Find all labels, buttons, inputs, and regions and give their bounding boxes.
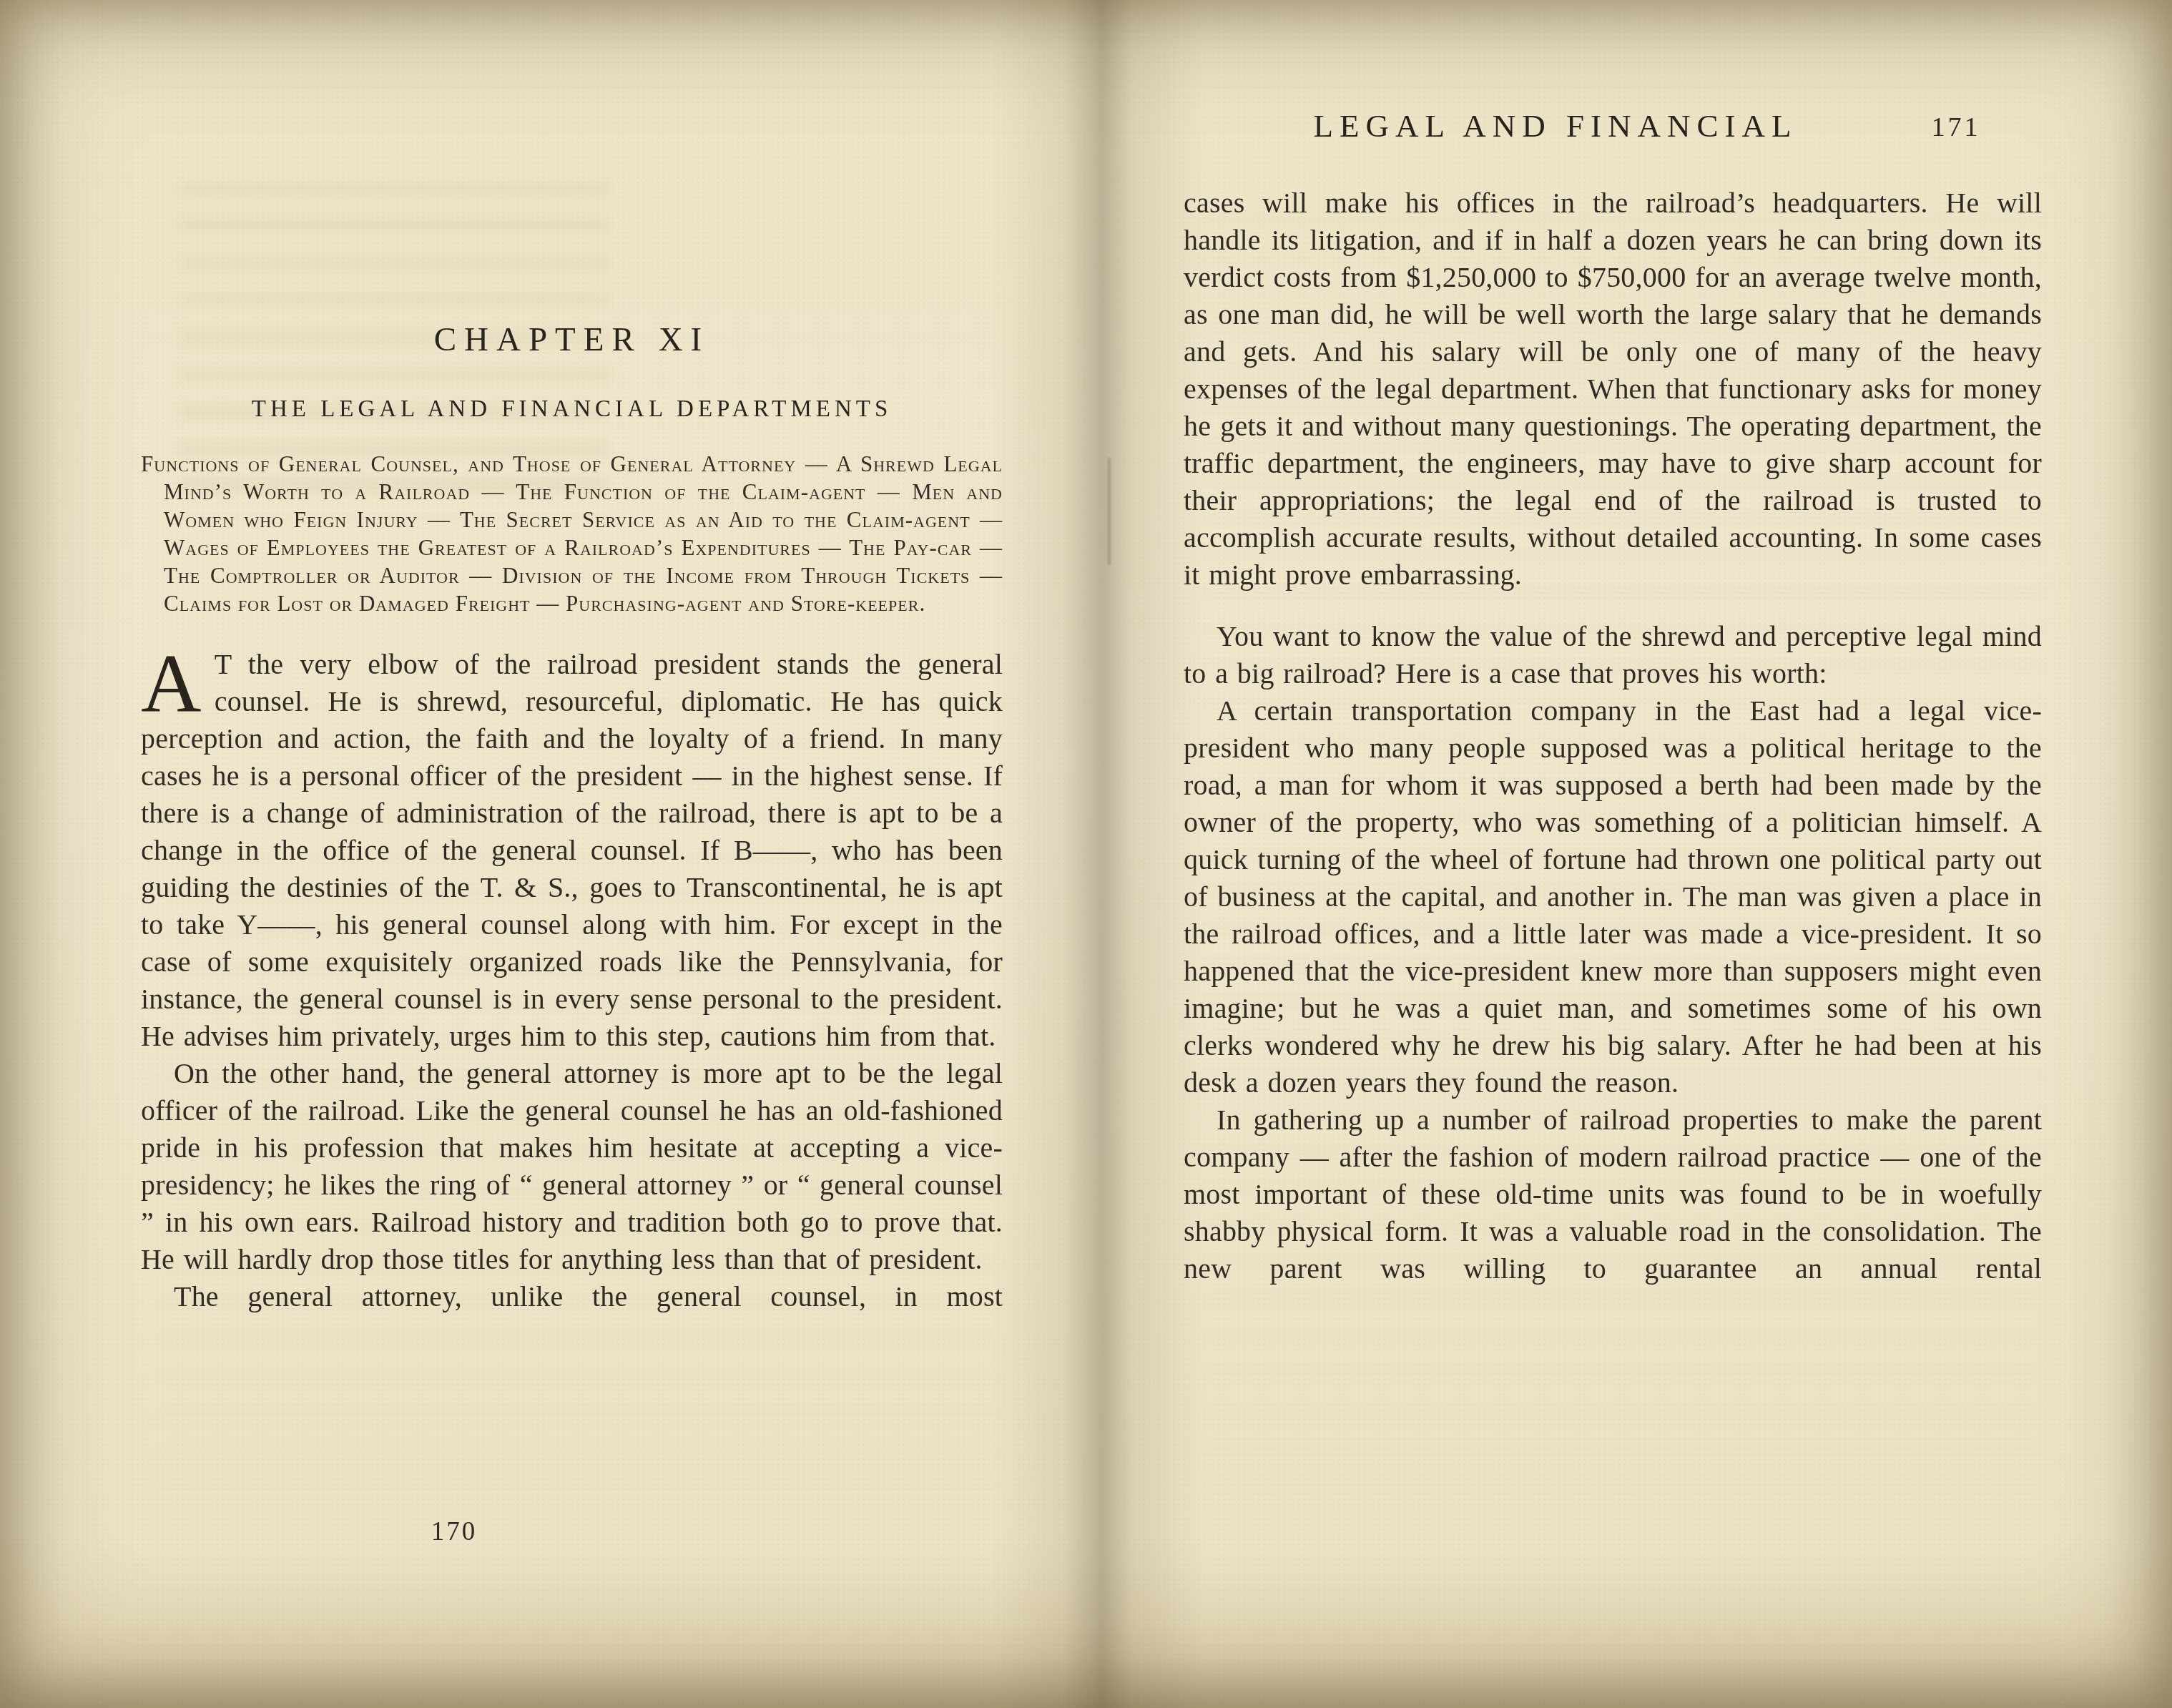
paragraph: In gathering up a number of railroad pro… — [1184, 1101, 2042, 1287]
paragraph: On the other hand, the general attorney … — [141, 1055, 1003, 1278]
left-text-column: CHAPTER XI THE LEGAL AND FINANCIAL DEPAR… — [141, 320, 1003, 1315]
paragraph: You want to know the value of the shrewd… — [1184, 618, 2042, 692]
paragraph-text: T the very elbow of the railroad preside… — [141, 648, 1003, 1052]
right-text-column: cases will make his offices in the railr… — [1184, 185, 2042, 1287]
page-number-left: 170 — [397, 1516, 511, 1547]
paragraph: cases will make his offices in the railr… — [1184, 185, 2042, 594]
page-number-right: 171 — [1906, 112, 2006, 143]
paragraph: The general attorney, unlike the general… — [141, 1278, 1003, 1315]
running-head: LEGAL AND FINANCIAL 171 — [1184, 107, 2042, 153]
paragraph: A certain transportation company in the … — [1184, 692, 2042, 1101]
book-spread: CHAPTER XI THE LEGAL AND FINANCIAL DEPAR… — [0, 0, 2172, 1708]
page-right: LEGAL AND FINANCIAL 171 cases will make … — [1087, 0, 2172, 1708]
running-header-title: LEGAL AND FINANCIAL — [1305, 107, 1806, 144]
drop-cap: A — [141, 646, 215, 717]
chapter-heading: CHAPTER XI — [141, 320, 1003, 359]
paragraph: AT the very elbow of the railroad presid… — [141, 646, 1003, 1055]
chapter-summary: Functions of General Counsel, and Those … — [141, 450, 1003, 617]
page-left: CHAPTER XI THE LEGAL AND FINANCIAL DEPAR… — [0, 0, 1087, 1708]
chapter-subtitle: THE LEGAL AND FINANCIAL DEPARTMENTS — [141, 396, 1003, 423]
